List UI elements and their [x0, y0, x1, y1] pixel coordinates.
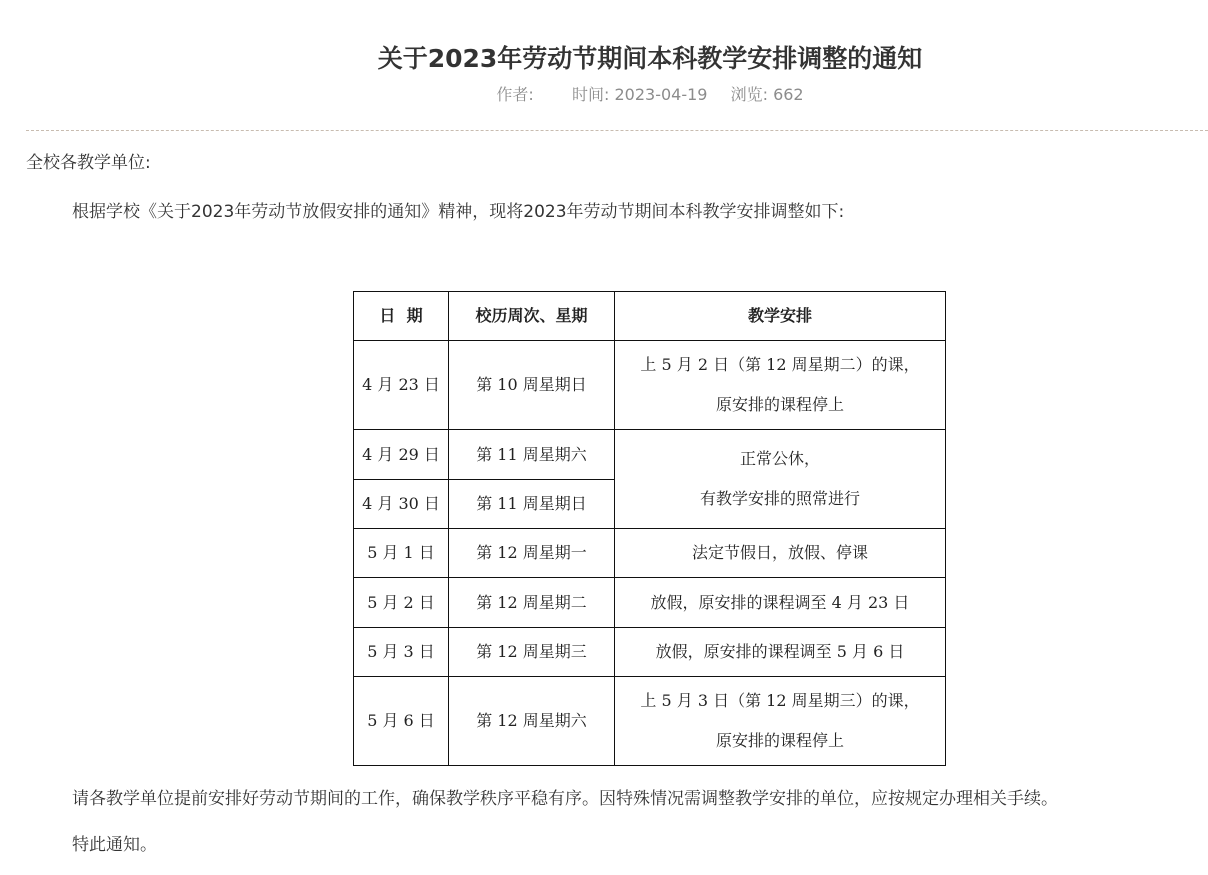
cell-week: 第 11 周星期六 [449, 430, 615, 480]
cell-week: 第 12 周星期一 [449, 529, 615, 578]
cell-date: 4 月 29 日 [354, 430, 449, 480]
cell-plan: 正常公休， 有教学安排的照常进行 [615, 430, 946, 529]
header-week: 校历周次、星期 [449, 292, 615, 341]
cell-date: 4 月 30 日 [354, 480, 449, 529]
cell-plan: 上 5 月 2 日（第 12 周星期二）的课， 原安排的课程停上 [615, 341, 946, 430]
cell-plan: 法定节假日，放假、停课 [615, 529, 946, 578]
schedule-table: 日 期 校历周次、星期 教学安排 4 月 23 日 第 10 周星期日 上 5 … [353, 291, 946, 766]
cell-plan: 放假，原安排的课程调至 5 月 6 日 [615, 628, 946, 677]
header-divider [26, 130, 1208, 131]
header-date: 日 期 [354, 292, 449, 341]
plan-line: 正常公休， [615, 439, 945, 479]
table-row: 5 月 2 日 第 12 周星期二 放假，原安排的课程调至 4 月 23 日 [354, 578, 946, 628]
author-info: 作者: [496, 84, 539, 106]
plan-line: 原安排的课程停上 [615, 385, 945, 425]
cell-week: 第 10 周星期日 [449, 341, 615, 430]
plan-line: 上 5 月 2 日（第 12 周星期二）的课， [615, 345, 945, 385]
cell-date: 5 月 2 日 [354, 578, 449, 628]
closing-paragraph: 请各教学单位提前安排好劳动节期间的工作，确保教学秩序平稳有序。因特殊情况需调整教… [72, 787, 1058, 811]
table-row: 5 月 6 日 第 12 周星期六 上 5 月 3 日（第 12 周星期三）的课… [354, 677, 946, 766]
plan-line: 原安排的课程停上 [615, 721, 945, 761]
cell-week: 第 11 周星期日 [449, 480, 615, 529]
table-row: 5 月 3 日 第 12 周星期三 放假，原安排的课程调至 5 月 6 日 [354, 628, 946, 677]
plan-line: 上 5 月 3 日（第 12 周星期三）的课， [615, 681, 945, 721]
cell-date: 5 月 6 日 [354, 677, 449, 766]
views-value: 662 [773, 84, 804, 106]
table-row: 4 月 23 日 第 10 周星期日 上 5 月 2 日（第 12 周星期二）的… [354, 341, 946, 430]
article-meta: 作者: 时间: 2023-04-19 浏览: 662 [0, 84, 1208, 106]
cell-date: 4 月 23 日 [354, 341, 449, 430]
cell-week: 第 12 周星期三 [449, 628, 615, 677]
article-title: 关于2023年劳动节期间本科教学安排调整的通知 [0, 39, 1208, 79]
view-count: 浏览: 662 [731, 84, 804, 106]
salutation: 全校各教学单位: [26, 151, 151, 175]
cell-plan: 上 5 月 3 日（第 12 周星期三）的课， 原安排的课程停上 [615, 677, 946, 766]
time-value: 2023-04-19 [614, 84, 707, 106]
publish-time: 时间: 2023-04-19 [572, 84, 707, 106]
header-plan: 教学安排 [615, 292, 946, 341]
views-label: 浏览: [731, 84, 768, 106]
cell-date: 5 月 1 日 [354, 529, 449, 578]
cell-week: 第 12 周星期二 [449, 578, 615, 628]
table-header-row: 日 期 校历周次、星期 教学安排 [354, 292, 946, 341]
cell-plan: 放假，原安排的课程调至 4 月 23 日 [615, 578, 946, 628]
cell-week: 第 12 周星期六 [449, 677, 615, 766]
cell-date: 5 月 3 日 [354, 628, 449, 677]
table-row: 4 月 29 日 第 11 周星期六 正常公休， 有教学安排的照常进行 [354, 430, 946, 480]
signoff: 特此通知。 [72, 833, 157, 857]
time-label: 时间: [572, 84, 609, 106]
author-label: 作者: [496, 84, 533, 106]
plan-line: 有教学安排的照常进行 [615, 479, 945, 519]
table-row: 5 月 1 日 第 12 周星期一 法定节假日，放假、停课 [354, 529, 946, 578]
intro-paragraph: 根据学校《关于2023年劳动节放假安排的通知》精神，现将2023年劳动节期间本科… [72, 200, 844, 224]
